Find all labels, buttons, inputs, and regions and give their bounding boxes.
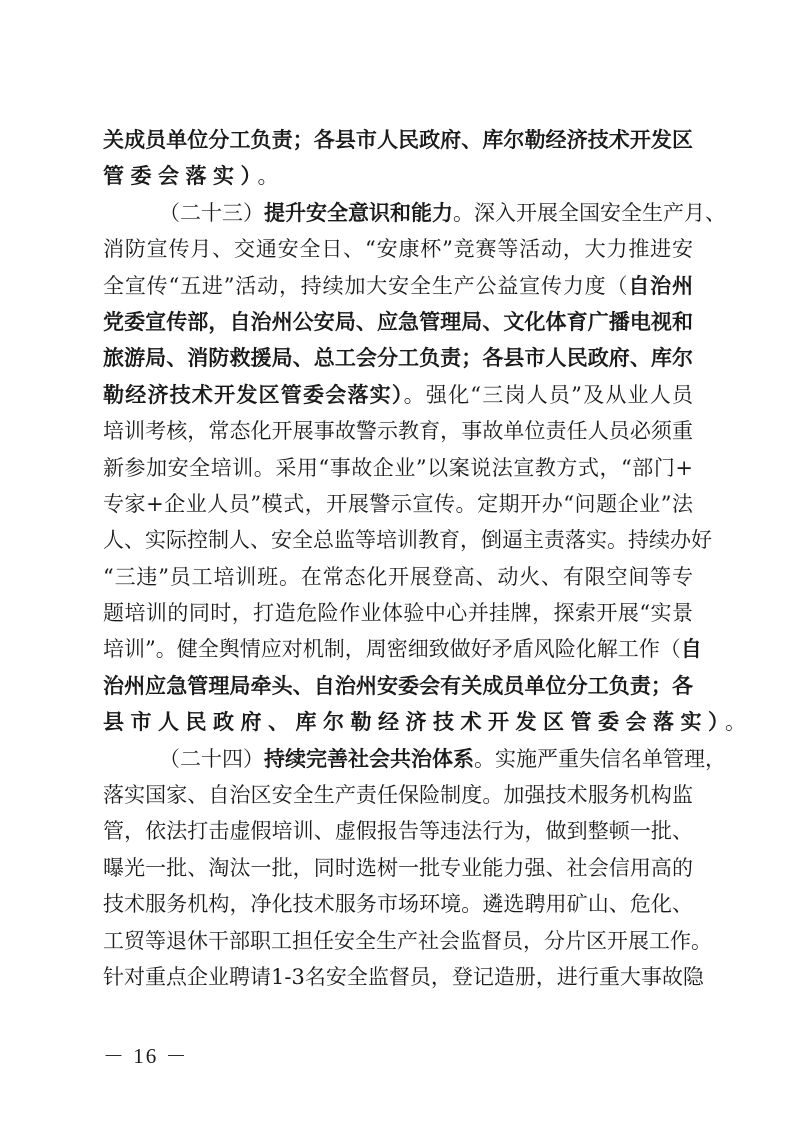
text-segment: 。 <box>725 710 753 734</box>
text-line: 落实国家、自治区安全生产责任保险制度。加强技术服务机构监 <box>103 777 693 813</box>
text-line: 技术服务机构，净化技术服务市场环境。遴选聘用矿山、危化、 <box>103 886 693 922</box>
text-line: 管，依法打击虚假培训、虚假报告等违法行为，做到整顿一批、 <box>103 813 693 849</box>
bold-text-segment: 持续完善社会共治体系 <box>264 747 474 771</box>
bold-text-segment: 勒经济技术开发区管委会落实） <box>103 383 404 407</box>
text-line: 旅游局、消防救援局、总工会分工负责；各县市人民政府、库尔 <box>103 340 693 376</box>
bold-text-segment: 关成员单位分工负责；各县市人民政府、库尔勒经济技术开发区 <box>103 128 693 152</box>
document-page: 关成员单位分工负责；各县市人民政府、库尔勒经济技术开发区管委会落实）。（二十三）… <box>0 0 793 1122</box>
text-segment: 针对重点企业聘请1-3名安全监督员，登记造册，进行重大事故隐 <box>103 965 704 989</box>
bold-text-segment: 提升安全意识和能力 <box>264 201 453 225</box>
text-segment: 工贸等退休干部职工担任安全生产社会监督员，分片区开展工作。 <box>103 929 712 953</box>
text-line: 专家+企业人员”模式，开展警示宣传。定期开办“问题企业”法 <box>103 486 693 522</box>
text-line: 关成员单位分工负责；各县市人民政府、库尔勒经济技术开发区 <box>103 122 693 158</box>
bold-text-segment: 治州应急管理局牵头、自治州安委会有关成员单位分工负责；各 <box>103 674 693 698</box>
text-segment: 。 <box>258 164 286 188</box>
text-segment: 全宣传“五进”活动，持续加大安全生产公益宣传力度（ <box>103 274 628 298</box>
text-segment: （二十四） <box>159 747 264 771</box>
bold-text-segment: 党委宣传部，自治州公安局、应急管理局、文化体育广播电视和 <box>103 310 693 334</box>
text-line: 培训考核，常态化开展事故警示教育，事故单位责任人员必须重 <box>103 413 693 449</box>
text-line: 治州应急管理局牵头、自治州安委会有关成员单位分工负责；各 <box>103 668 693 704</box>
text-line: 新参加安全培训。采用“事故企业”以案说法宣教方式，“部门+ <box>103 450 693 486</box>
text-segment: 管，依法打击虚假培训、虚假报告等违法行为，做到整顿一批、 <box>103 819 693 843</box>
body-text: 关成员单位分工负责；各县市人民政府、库尔勒经济技术开发区管委会落实）。（二十三）… <box>103 122 693 995</box>
bold-text-segment: 县市人民政府、库尔勒经济技术开发区管委会落实） <box>103 710 725 734</box>
text-line: 培训”。健全舆情应对机制，周密细致做好矛盾风险化解工作（自 <box>103 631 693 667</box>
text-segment: 落实国家、自治区安全生产责任保险制度。加强技术服务机构监 <box>103 783 693 807</box>
text-segment: 培训考核，常态化开展事故警示教育，事故单位责任人员必须重 <box>103 419 693 443</box>
text-segment: 新参加安全培训。采用“事故企业”以案说法宣教方式，“部门+ <box>103 456 693 480</box>
text-line: 党委宣传部，自治州公安局、应急管理局、文化体育广播电视和 <box>103 304 693 340</box>
bold-text-segment: 旅游局、消防救援局、总工会分工负责；各县市人民政府、库尔 <box>103 346 693 370</box>
text-line: 题培训的同时，打造危险作业体验中心并挂牌，探索开展“实景 <box>103 595 693 631</box>
text-segment: （二十三） <box>159 201 264 225</box>
text-segment: 技术服务机构，净化技术服务市场环境。遴选聘用矿山、危化、 <box>103 892 693 916</box>
text-segment: 。实施严重失信名单管理， <box>474 747 726 771</box>
bold-text-segment: 自 <box>681 637 702 661</box>
text-line: （二十三）提升安全意识和能力。深入开展全国安全生产月、 <box>103 195 693 231</box>
text-segment: 消防宣传月、交通安全日、“安康杯”竞赛等活动，大力推进安 <box>103 237 693 261</box>
text-line: 勒经济技术开发区管委会落实）。强化“三岗人员”及从业人员 <box>103 377 693 413</box>
text-line: 县市人民政府、库尔勒经济技术开发区管委会落实）。 <box>103 704 693 740</box>
text-line: 消防宣传月、交通安全日、“安康杯”竞赛等活动，大力推进安 <box>103 231 693 267</box>
text-segment: 培训”。健全舆情应对机制，周密细致做好矛盾风险化解工作（ <box>103 637 681 661</box>
page-number: － 16 － <box>103 1040 189 1070</box>
text-line: 人、实际控制人、安全总监等培训教育，倒逼主责落实。持续办好 <box>103 522 693 558</box>
text-line: 管委会落实）。 <box>103 158 693 194</box>
text-line: “三违”员工培训班。在常态化开展登高、动火、有限空间等专 <box>103 559 693 595</box>
text-segment: 。强化“三岗人员”及从业人员 <box>404 383 693 407</box>
text-segment: 曝光一批、淘汰一批，同时选树一批专业能力强、社会信用高的 <box>103 856 693 880</box>
text-line: 全宣传“五进”活动，持续加大安全生产公益宣传力度（自治州 <box>103 268 693 304</box>
text-segment: 专家+企业人员”模式，开展警示宣传。定期开办“问题企业”法 <box>103 492 693 516</box>
text-line: 曝光一批、淘汰一批，同时选树一批专业能力强、社会信用高的 <box>103 850 693 886</box>
text-segment: “三违”员工培训班。在常态化开展登高、动火、有限空间等专 <box>103 565 693 589</box>
bold-text-segment: 自治州 <box>628 274 693 298</box>
text-line: 工贸等退休干部职工担任安全生产社会监督员，分片区开展工作。 <box>103 923 693 959</box>
text-segment: 题培训的同时，打造危险作业体验中心并挂牌，探索开展“实景 <box>103 601 693 625</box>
text-line: 针对重点企业聘请1-3名安全监督员，登记造册，进行重大事故隐 <box>103 959 693 995</box>
text-line: （二十四）持续完善社会共治体系。实施严重失信名单管理， <box>103 741 693 777</box>
bold-text-segment: 管委会落实） <box>103 164 258 188</box>
text-segment: 人、实际控制人、安全总监等培训教育，倒逼主责落实。持续办好 <box>103 528 712 552</box>
text-segment: 。深入开展全国安全生产月、 <box>453 201 726 225</box>
